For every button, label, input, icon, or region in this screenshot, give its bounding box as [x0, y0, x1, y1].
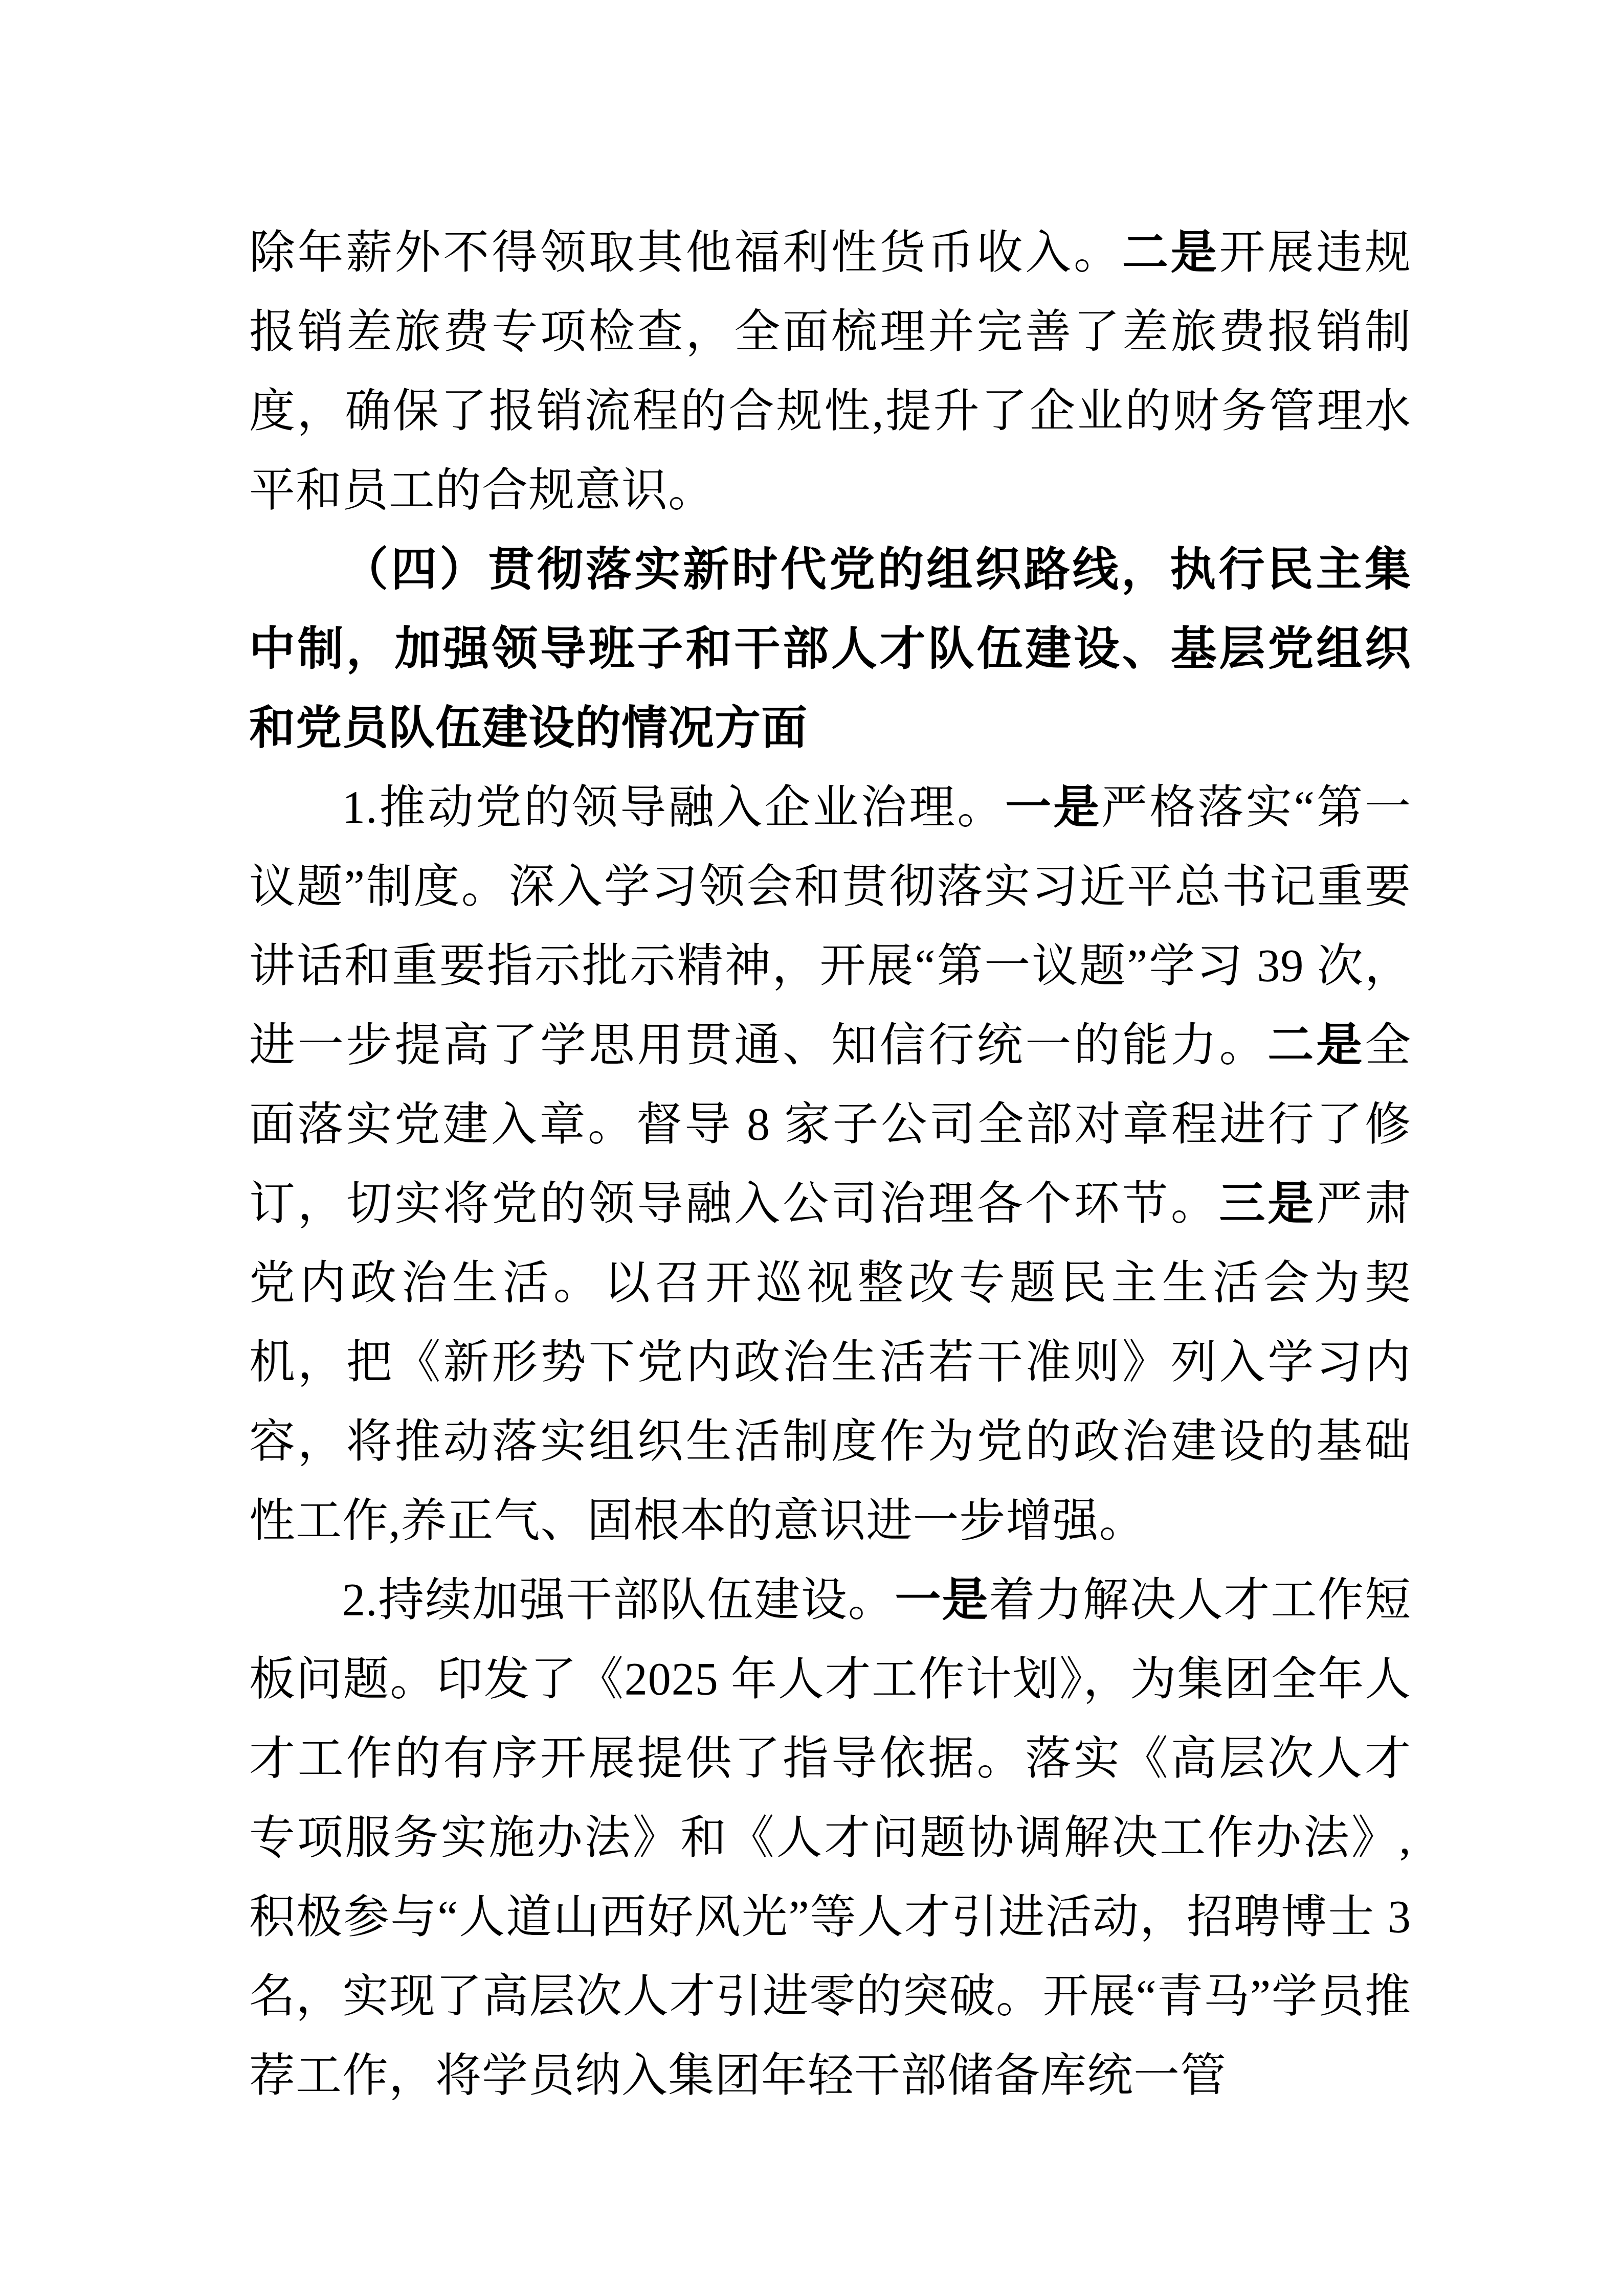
emphasis-run: （四）贯彻落实新时代党的组织路线，执行民主集中制，加强领导班子和干部人才队伍建设…: [249, 545, 1411, 754]
body-paragraph: 1.推动党的领导融入企业治理。一是严格落实“第一议题”制度。深入学习领会和贯彻落…: [249, 768, 1411, 1561]
body-paragraph: 除年薪外不得领取其他福利性货币收入。二是开展违规报销差旅费专项检查，全面梳理并完…: [249, 213, 1411, 530]
text-run: 1.推动党的领导融入企业治理。: [342, 782, 1005, 833]
emphasis-run: 一是: [1005, 782, 1101, 833]
emphasis-run: 三是: [1219, 1178, 1317, 1229]
text-run: 除年薪外不得领取其他福利性货币收入。: [249, 228, 1122, 278]
emphasis-run: 二是: [1122, 227, 1219, 278]
text-run: 严肃党内政治生活。以召开巡视整改专题民主生活会为契机，把《新形势下党内政治生活若…: [249, 1179, 1411, 1546]
document-page: 除年薪外不得领取其他福利性货币收入。二是开展违规报销差旅费专项检查，全面梳理并完…: [0, 0, 1624, 2296]
section-heading: （四）贯彻落实新时代党的组织路线，执行民主集中制，加强领导班子和干部人才队伍建设…: [249, 530, 1411, 768]
document-body: 除年薪外不得领取其他福利性货币收入。二是开展违规报销差旅费专项检查，全面梳理并完…: [249, 213, 1411, 2115]
text-run: 2.持续加强干部队伍建设。: [342, 1575, 895, 1626]
text-run: 着力解决人才工作短板问题。印发了《2025 年人才工作计划》，为集团全年人才工作…: [249, 1575, 1411, 2101]
emphasis-run: 一是: [895, 1574, 989, 1626]
emphasis-run: 二是: [1267, 1020, 1365, 1071]
body-paragraph: 2.持续加强干部队伍建设。一是着力解决人才工作短板问题。印发了《2025 年人才…: [249, 1561, 1411, 2115]
